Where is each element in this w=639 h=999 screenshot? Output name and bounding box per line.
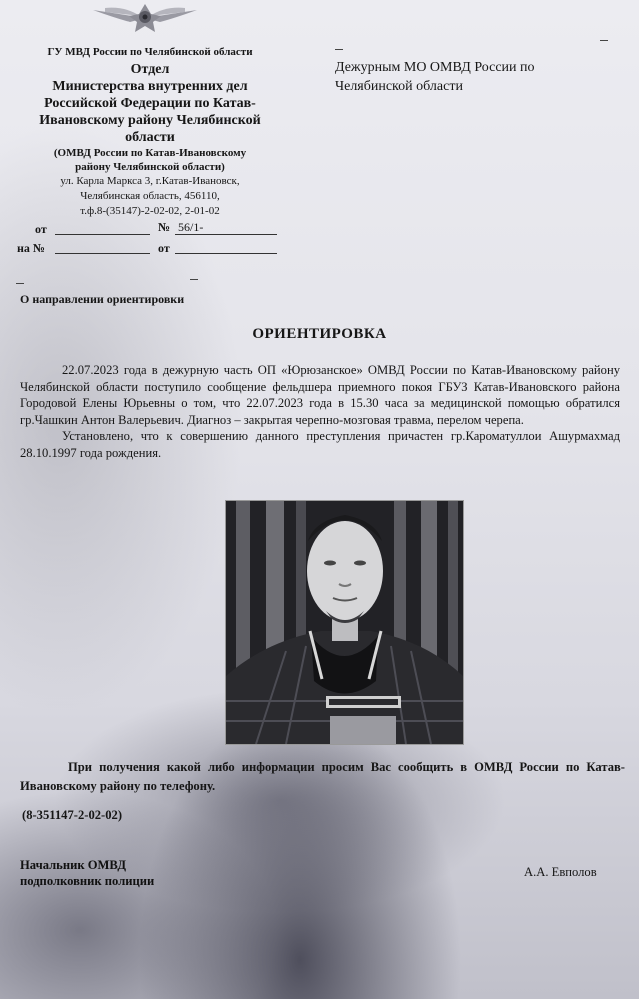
body-paragraph: Установлено, что к совершению данного пр… <box>20 428 620 461</box>
issuer-line: Отдел <box>10 61 290 78</box>
issuer-line: Министерства внутренних дел <box>10 78 290 95</box>
signatory-position: Начальник ОМВД подполковник полиции <box>20 857 154 889</box>
issuer-address: ул. Карла Маркса 3, г.Катав-Ивановск, <box>10 174 290 189</box>
signatory-title: Начальник ОМВД <box>20 857 154 873</box>
signatory-name: А.А. Евполов <box>524 865 597 880</box>
reg-from-label: от <box>35 222 47 237</box>
body-paragraph: 22.07.2023 года в дежурную часть ОП «Юрю… <box>20 362 620 428</box>
subject-line: О направлении ориентировки <box>20 292 184 307</box>
contact-phone: (8-351147-2-02-02) <box>22 808 122 823</box>
issuer-line: Российской Федерации по Катав- <box>10 95 290 112</box>
addressee: Дежурным МО ОМВД России по Челябинской о… <box>335 58 615 96</box>
info-request: При получения какой либо информации прос… <box>20 758 625 796</box>
issuer-short-name: (ОМВД России по Катав-Ивановскому <box>10 146 290 160</box>
corner-mark <box>190 279 198 280</box>
issuer-phone: т.ф.8-(35147)-2-02-02, 2-01-02 <box>10 204 290 219</box>
addressee-line: Челябинской области <box>335 77 615 96</box>
addressee-line: Дежурным МО ОМВД России по <box>335 58 615 77</box>
issuer-address: Челябинская область, 456110, <box>10 189 290 204</box>
mvd-emblem-icon <box>85 0 205 40</box>
document-title: ОРИЕНТИРОВКА <box>0 326 639 343</box>
document-page: ГУ МВД России по Челябинской области Отд… <box>0 0 639 999</box>
suspect-photo <box>225 500 464 745</box>
issuer-line: области <box>10 129 290 146</box>
document-body: 22.07.2023 года в дежурную часть ОП «Юрю… <box>20 362 620 461</box>
signatory-rank: подполковник полиции <box>20 873 154 889</box>
portrait-image <box>226 501 463 744</box>
issuer-short-name: району Челябинской области) <box>10 160 290 174</box>
reg-number-label: № <box>158 220 170 235</box>
reg-ref-from-line <box>175 253 277 254</box>
reg-number-line <box>175 234 277 235</box>
request-text: При получения какой либо информации прос… <box>20 758 625 796</box>
reg-ref-line <box>55 253 150 254</box>
reg-number-value: 56/1- <box>178 220 203 235</box>
corner-mark <box>16 283 24 284</box>
issuer-header: ГУ МВД России по Челябинской области Отд… <box>10 44 290 219</box>
reg-ref-from-label: от <box>158 241 170 256</box>
reg-from-line <box>55 234 150 235</box>
issuer-parent: ГУ МВД России по Челябинской области <box>10 44 290 61</box>
corner-mark <box>335 49 343 50</box>
reg-ref-label: на № <box>17 241 45 256</box>
corner-mark <box>600 40 608 41</box>
issuer-line: Ивановскому району Челябинской <box>10 112 290 129</box>
